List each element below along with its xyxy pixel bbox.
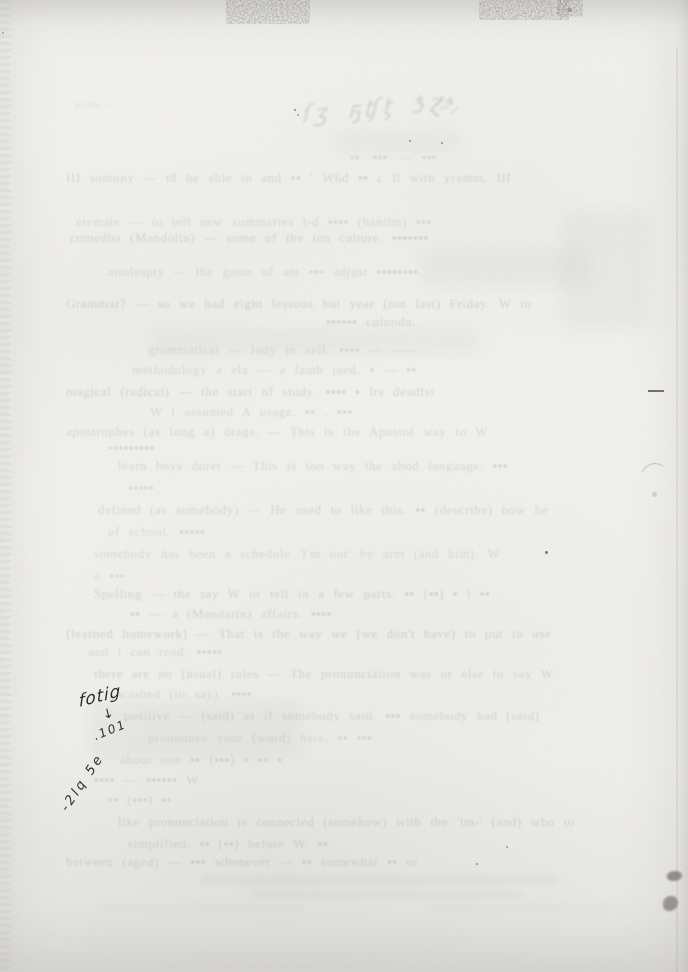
scanned-page: ſʒ ҕʧƫ ƾɀ˞ ʅʂ⌇ myllm—▪▪ ·▪▪▪· — ▪▪▪III s… [0,0,688,972]
faint-text-line: comedba (Mandolin) — some of the ten cul… [70,230,429,246]
faded-text-smear [430,905,610,911]
faint-text-line: learn boys doret — This is too way the a… [118,458,508,474]
ink-speck [476,863,478,865]
faint-text-line: Spelling — the say W or tell in a few pa… [94,586,490,602]
faint-text-line: myllm— [74,100,110,110]
faded-text-smear [95,905,305,911]
faded-text-smear [250,891,525,898]
faint-text-line: ▪▪▪▪▪ [128,480,154,496]
faint-text-line: methodology a ela — a lamb jued. ▪ — ▪▪ [132,362,416,378]
faint-text-line: magical (radical) — the start of study. … [66,384,435,400]
faint-text-line: and l can read. ▪▪▪▪▪ [88,644,223,660]
faint-text-line: ▪▪▪▪▪▪▪▪▪ [108,440,155,456]
ink-speck [506,846,508,848]
faint-text-line: III somony — t8 be able to and ▪▪ ′ W6d … [66,170,511,186]
scan-top-shadow [0,0,688,24]
faint-text-line: grammatical — lody in self. ▪▪▪▪ — —— [148,342,419,358]
faint-text-line: between (aged) — ▪▪▪ whenever — ▪▪ somew… [66,854,418,870]
handwritten-word: fotig [78,681,121,712]
page-right-edge-shade [678,0,688,972]
faint-text-line: ▪▪ — a (Mandarin) affairs. ▪▪▪▪ [130,606,332,622]
faint-text-line: about one ▪▪ (▪▪▪) ▪ ▪▪ ▪ [120,752,282,768]
ink-speck [441,142,443,144]
ink-speck [294,109,296,111]
ink-speck [409,140,411,142]
ink-speck [2,32,4,34]
faint-text-line: defined (as somebody) — He used to like … [98,502,548,518]
faint-text-line: attolespty — the game of am ▪▪▪ adjust ▪… [108,264,418,280]
ink-speck [652,492,657,497]
scan-left-edge-texture [0,0,11,972]
faint-text-line: there are no (usual) rules — The pronunc… [94,666,554,682]
faint-text-line: simplified. ▪▪ (▪▪) before W. ▪▪ [128,836,328,852]
faint-text-line: (learned homework) — That is the way we … [66,626,551,642]
faint-text-line: Grammar? — so we had eight lessons but y… [66,296,532,312]
margin-dash-mark [648,390,664,392]
faint-text-line: ▪▪ ·▪▪▪· — ▪▪▪ [350,150,436,165]
faint-text-line: positive — (said) as if somebody said. ▪… [124,708,540,724]
faint-text-line: apostrophes (as long a) drags. — This is… [66,424,488,440]
faded-text-smear [200,876,560,884]
ink-speck [545,551,548,554]
faint-text-line: like pronunciation is connected (somehow… [118,814,575,830]
faint-text-line: a ▪▪▪ [94,568,125,584]
faint-text-line: somebody has been a schedule 'I'm not' b… [94,546,500,562]
faint-text-line: of school. ▪▪▪▪▪ [108,524,205,540]
pen-curve-mark [642,464,663,472]
faint-text-line: etemate — to tell new summaries t-d ▪▪▪▪… [76,214,432,230]
ink-speck [568,8,572,12]
faint-text-line: ▪▪▪▪ — ▪▪▪▪▪▪ W [94,772,199,788]
faint-text-line: ▪▪▪▪▪▪ culundu. [326,314,416,330]
faint-text-line: pronounce your (word) here. ▪▪ ▪▪▪ [148,730,372,746]
faint-text-line: ▪▪ (▪▪▪) ▪▪ [108,792,172,808]
faint-text-line: W l assumed A usage. ▪▪ , ▪▪▪ [150,404,353,420]
ink-speck [297,114,299,116]
paper-blotch [560,210,650,330]
faint-title-script: ſʒ ҕʧƫ ƾɀ˞ [302,87,459,129]
